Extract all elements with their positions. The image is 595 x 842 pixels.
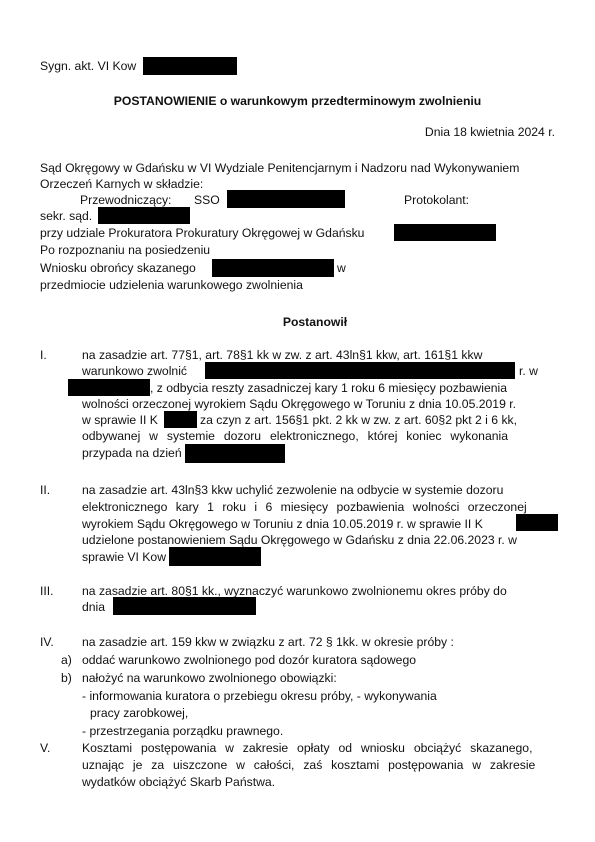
item-1-line-6: odbywanej w systemie dozoru elektroniczn… bbox=[82, 428, 508, 444]
item-numeral: IV. bbox=[40, 634, 54, 650]
decision-heading: Postanowił bbox=[0, 314, 595, 330]
redaction-box bbox=[68, 379, 150, 396]
item-1-line-3: , z odbycia reszty zasadniczej kary 1 ro… bbox=[150, 380, 545, 396]
item-1-line-1: na zasadzie art. 77§1, art. 78§1 kk w zw… bbox=[82, 347, 545, 363]
motion-line: Wniosku obrońcy skazanego bbox=[40, 260, 196, 276]
item-numeral: I. bbox=[40, 347, 47, 363]
justified-line: na zasadzie art. 77§1, art. 78§1 kk w zw… bbox=[82, 347, 545, 363]
redaction-box bbox=[164, 411, 197, 428]
redaction-box bbox=[143, 57, 237, 75]
redaction-box bbox=[394, 224, 496, 241]
subitem-marker: a) bbox=[61, 652, 72, 668]
item-5-line-1: Kosztami postępowania w zakresie opłaty … bbox=[82, 740, 532, 756]
item-1-line-7: przypada na dzień bbox=[82, 445, 182, 461]
item-3-line-2: dnia bbox=[82, 599, 105, 615]
redaction-box bbox=[113, 597, 256, 615]
item-numeral: II. bbox=[40, 482, 50, 498]
item-1-line-2-end: r. w bbox=[519, 363, 538, 379]
item-numeral: III. bbox=[40, 583, 54, 599]
redaction-box bbox=[185, 444, 285, 463]
document-date: Dnia 18 kwietnia 2024 r. bbox=[425, 124, 555, 140]
court-line-1: Sąd Okręgowy w Gdańsku w VI Wydziale Pen… bbox=[40, 160, 519, 176]
court-line-2: Orzeczeń Karnych w składzie: bbox=[40, 176, 203, 192]
document-title: POSTANOWIENIE o warunkowym przedterminow… bbox=[0, 93, 595, 109]
redaction-box bbox=[169, 547, 261, 566]
item-1-line-5-end: za czyn z art. 156§1 pkt. 2 kk w zw. z a… bbox=[200, 412, 517, 428]
item-2-line-3: wyrokiem Sądu Okręgowego w Toruniu z dni… bbox=[82, 516, 483, 532]
motion-suffix: w bbox=[337, 260, 346, 276]
chair-label: Przewodniczący: bbox=[80, 192, 171, 208]
prosecutor-line: przy udziale Prokuratora Prokuratury Okr… bbox=[40, 225, 364, 241]
redaction-box bbox=[212, 259, 334, 277]
item-numeral: V. bbox=[40, 740, 50, 756]
duty-line: - informowania kuratora o przebiegu okre… bbox=[82, 688, 437, 704]
case-signature: Sygn. akt. VI Kow bbox=[40, 58, 136, 74]
subitem-text: oddać warunkowo zwolnionego pod dozór ku… bbox=[82, 652, 416, 668]
item-1-line-4: wolności orzeczonej wyrokiem Sądu Okręgo… bbox=[82, 396, 516, 412]
item-5-line-3: wydatków obciążyć Skarb Państwa. bbox=[82, 774, 275, 790]
subitem-marker: b) bbox=[61, 670, 72, 686]
hearing-line: Po rozpoznaniu na posiedzeniu bbox=[40, 242, 210, 258]
redaction-box bbox=[516, 514, 558, 531]
redaction-box bbox=[227, 190, 345, 208]
redaction-box bbox=[205, 362, 515, 379]
redaction-box bbox=[98, 207, 190, 224]
chair-title: SSO bbox=[194, 192, 220, 208]
duty-line: - przestrzegania porządku prawnego. bbox=[82, 723, 283, 739]
motion-line-2: przedmiocie udzielenia warunkowego zwoln… bbox=[40, 277, 303, 293]
item-1-line-2: warunkowo zwolnić bbox=[82, 363, 187, 379]
duty-line: pracy zarobkowej, bbox=[90, 705, 188, 721]
item-2-line-4: udzielone postanowieniem Sądu Okręgowego… bbox=[82, 532, 517, 548]
item-4-line-1: na zasadzie art. 159 kkw w związku z art… bbox=[82, 634, 454, 650]
item-2-line-2: elektronicznego kary 1 roku i 6 miesięcy… bbox=[82, 499, 527, 515]
item-2-line-5: sprawie VI Kow bbox=[82, 549, 166, 565]
item-5-line-2: uznając je za uiszczone w całości, zaś k… bbox=[82, 757, 535, 773]
subitem-text: nałożyć na warunkowo zwolnionego obowiąz… bbox=[82, 670, 337, 686]
clerk-label: Protokolant: bbox=[404, 192, 469, 208]
item-1-line-5: w sprawie II K bbox=[82, 412, 158, 428]
item-2-line-1: na zasadzie art. 43ln§3 kkw uchylić zezw… bbox=[82, 482, 503, 498]
clerk-title: sekr. sąd. bbox=[40, 208, 92, 224]
